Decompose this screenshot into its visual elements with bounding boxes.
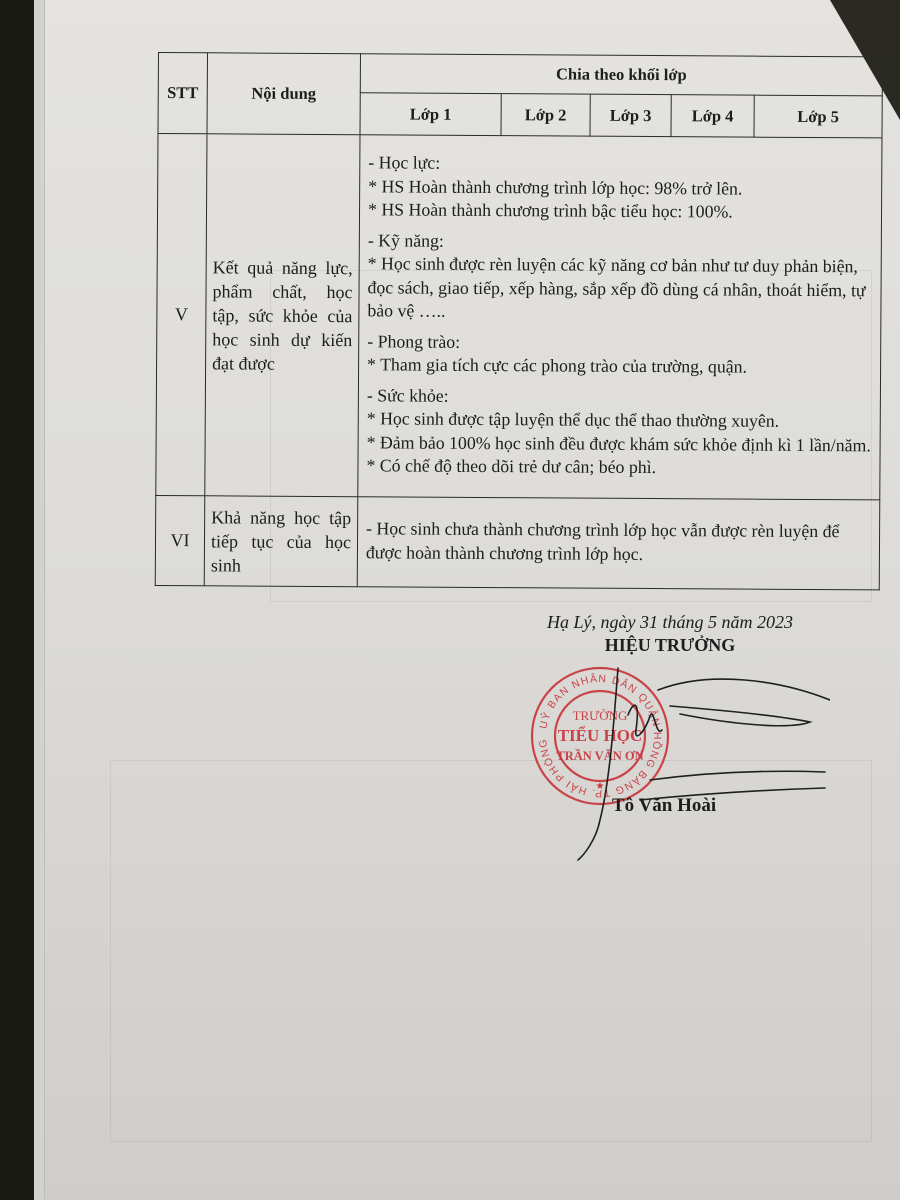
- row-content-title: Khả năng học tập tiếp tục của học sinh: [204, 496, 358, 587]
- header-grade-1: Lớp 1: [360, 93, 501, 135]
- table-row: V Kết quả năng lực, phẩm chất, học tập, …: [156, 134, 882, 500]
- signer-name: Tô Văn Hoài: [612, 795, 716, 817]
- table-header-row: STT Nội dung Chia theo khối lớp: [158, 53, 882, 97]
- section-heading: - Kỹ năng:: [368, 229, 873, 256]
- list-item: * Học sinh được rèn luyện các kỹ năng cơ…: [367, 253, 872, 327]
- section-heading: - Sức khỏe:: [367, 384, 872, 411]
- section-heading: - Học lực:: [368, 152, 873, 179]
- list-item: * Có chế độ theo dõi trẻ dư cân; béo phì…: [366, 455, 871, 482]
- header-grade-5: Lớp 5: [754, 96, 882, 138]
- header-grade-2: Lớp 2: [501, 94, 590, 136]
- header-grade-4: Lớp 4: [671, 95, 754, 137]
- paper-edge: [34, 0, 45, 1200]
- row-stt: VI: [155, 495, 205, 585]
- list-item: * HS Hoàn thành chương trình bậc tiểu họ…: [368, 199, 873, 226]
- row-stt: V: [156, 134, 207, 496]
- signer-title: HIỆU TRƯỞNG: [520, 635, 820, 656]
- list-item: * Học sinh được tập luyện thể dục thể th…: [367, 408, 872, 435]
- list-item: * Đảm bảo 100% học sinh đều được khám sứ…: [367, 431, 872, 458]
- header-grade-group: Chia theo khối lớp: [360, 54, 882, 97]
- data-table: STT Nội dung Chia theo khối lớp Lớp 1 Lớ…: [155, 52, 883, 590]
- handwritten-signature-icon: [570, 660, 830, 870]
- row-content-body: - Học sinh chưa thành chương trình lớp h…: [357, 497, 880, 590]
- header-stt: STT: [158, 53, 207, 134]
- list-item: * HS Hoàn thành chương trình lớp học: 98…: [368, 175, 873, 202]
- signature-block: Hạ Lý, ngày 31 tháng 5 năm 2023 HIỆU TRƯ…: [520, 612, 820, 656]
- list-item: * Tham gia tích cực các phong trào của t…: [367, 354, 872, 381]
- place-date: Hạ Lý, ngày 31 tháng 5 năm 2023: [520, 612, 820, 633]
- table-row: VI Khả năng học tập tiếp tục của học sin…: [155, 495, 880, 589]
- row-content-body: - Học lực: * HS Hoàn thành chương trình …: [358, 135, 882, 500]
- section-heading: - Phong trào:: [367, 330, 872, 357]
- row-content-title: Kết quả năng lực, phẩm chất, học tập, sứ…: [205, 134, 360, 497]
- header-noi-dung: Nội dung: [207, 53, 360, 135]
- header-grade-3: Lớp 3: [590, 95, 671, 137]
